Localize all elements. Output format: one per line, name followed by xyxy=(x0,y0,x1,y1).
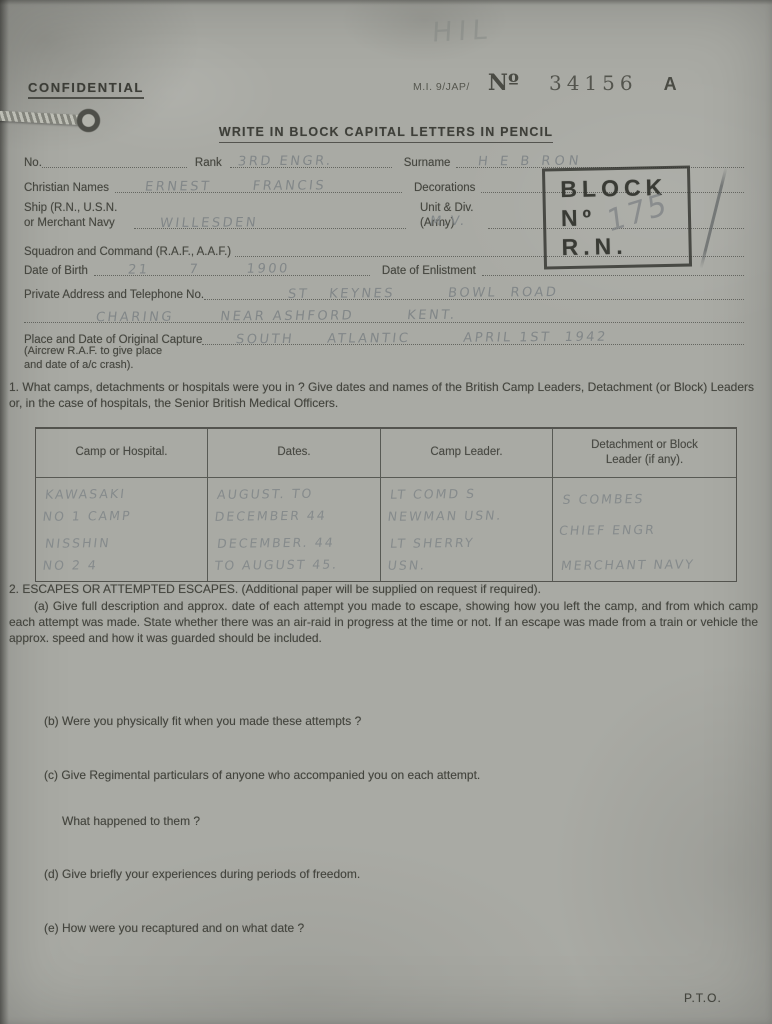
section-2-item-e: (e) How were you recaptured and on what … xyxy=(44,921,742,937)
section-2-item-c2: What happened to them ? xyxy=(62,814,742,830)
detachment-entry-2: MERCHANT NAVY xyxy=(560,553,730,577)
address-label: Private Address and Telephone No. xyxy=(24,289,204,301)
scan-edge-left xyxy=(0,0,9,1024)
decorations-label: Decorations xyxy=(414,182,475,194)
cell-dates: AUGUST. TO DECEMBER 44 DECEMBER. 44 TO A… xyxy=(208,478,381,581)
camp-entry-2: NISSHIN NO 2 4 xyxy=(41,531,201,576)
scanned-form-page: HIL CONFIDENTIAL M.I. 9/JAP/ Nº 34156 A … xyxy=(0,0,772,1024)
question-1-text: 1. What camps, detachments or hospitals … xyxy=(9,380,754,412)
capture-handwritten-value: SOUTH ATLANTIC APRIL 1ST 1942 xyxy=(235,330,609,348)
form-row-address: Private Address and Telephone No. ST KEY… xyxy=(24,285,744,301)
ship-label: Ship (R.N., U.S.N. or Merchant Navy xyxy=(24,201,130,230)
christian-names-handwritten-value: ERNEST FRANCIS xyxy=(144,178,327,194)
date-of-enlistment-label: Date of Enlistment xyxy=(382,265,476,277)
ship-field: WILLESDEN M.V. xyxy=(134,214,406,229)
section-2-item-c: (c) Give Regimental particulars of anyon… xyxy=(44,768,742,784)
dates-entry-1: AUGUST. TO DECEMBER 44 xyxy=(213,482,374,527)
rank-label: Rank xyxy=(195,157,222,169)
scan-edge-top xyxy=(0,0,772,5)
squadron-label: Squadron and Command (R.A.F., A.A.F.) xyxy=(24,246,231,258)
dates-entry-2: DECEMBER. 44 TO AUGUST 45. xyxy=(213,531,374,576)
date-of-birth-field: 21 7 1900 xyxy=(94,261,370,276)
surname-handwritten-value: H E B RON xyxy=(478,154,584,170)
instruction-text: WRITE IN BLOCK CAPITAL LETTERS IN PENCIL xyxy=(219,125,553,143)
block-number-stamp: BLOCK Nº R.N. 175 xyxy=(542,165,692,269)
date-of-birth-label: Date of Birth xyxy=(24,265,88,277)
camps-table-body-row: KAWASAKI NO 1 CAMP NISSHIN NO 2 4 AUGUST… xyxy=(36,478,736,581)
section-2-item-d: (d) Give briefly your experiences during… xyxy=(44,867,742,883)
confidential-label: CONFIDENTIAL xyxy=(28,80,144,99)
number-sign: Nº xyxy=(488,70,519,96)
header-camp-leader: Camp Leader. xyxy=(381,429,553,477)
christian-names-label: Christian Names xyxy=(24,182,109,194)
address-field-line1: ST KEYNES BOWL ROAD xyxy=(204,285,744,300)
address-handwritten-line2: CHARING NEAR ASHFORD KENT. xyxy=(95,308,458,326)
series-letter: A xyxy=(664,74,677,95)
rank-handwritten-value: 3RD ENGR. xyxy=(237,154,333,170)
surname-label: Surname xyxy=(404,157,451,169)
address-handwritten-line1: ST KEYNES BOWL ROAD xyxy=(287,285,559,302)
section-2-heading: 2. ESCAPES OR ATTEMPTED ESCAPES. (Additi… xyxy=(9,582,754,598)
leader-entry-2: LT SHERRY USN. xyxy=(386,531,546,576)
rank-field: 3RD ENGR. xyxy=(230,153,392,168)
camps-table-header-row: Camp or Hospital. Dates. Camp Leader. De… xyxy=(36,429,736,478)
header-dates: Dates. xyxy=(208,429,381,477)
address-field-line2: CHARING NEAR ASHFORD KENT. xyxy=(24,308,744,323)
no-label: No. xyxy=(24,157,42,169)
form-reference-block: M.I. 9/JAP/ Nº 34156 A xyxy=(413,70,677,96)
date-of-birth-handwritten-value: 21 7 1900 xyxy=(127,261,290,277)
capture-field: SOUTH ATLANTIC APRIL 1ST 1942 xyxy=(202,330,744,345)
header-detachment-leader: Detachment or Block Leader (if any). xyxy=(553,429,736,477)
cell-camp-or-hospital: KAWASAKI NO 1 CAMP NISSHIN NO 2 4 xyxy=(36,478,208,581)
form-ref-label: M.I. 9/JAP/ xyxy=(413,81,470,93)
camps-table: Camp or Hospital. Dates. Camp Leader. De… xyxy=(35,427,737,582)
pto-label: P.T.O. xyxy=(684,991,722,1005)
christian-names-field: ERNEST FRANCIS xyxy=(115,178,402,193)
cell-detachment-leader: S COMBES CHIEF ENGR MERCHANT NAVY xyxy=(553,478,736,581)
serial-number-stamp: 34156 xyxy=(549,71,638,95)
detachment-entry-1: S COMBES CHIEF ENGR xyxy=(557,482,731,546)
no-field xyxy=(42,153,187,168)
ship-handwritten-value: WILLESDEN M.V. xyxy=(159,214,468,231)
header-camp-or-hospital: Camp or Hospital. xyxy=(36,429,208,477)
instruction-heading: WRITE IN BLOCK CAPITAL LETTERS IN PENCIL xyxy=(0,123,772,141)
faint-pencil-mark: HIL xyxy=(431,14,494,48)
capture-note: (Aircrew R.A.F. to give place and date o… xyxy=(24,344,162,372)
camp-entry-1: KAWASAKI NO 1 CAMP xyxy=(41,482,201,527)
cell-camp-leader: LT COMD S NEWMAN USN. LT SHERRY USN. xyxy=(381,478,553,581)
section-2-item-a: (a) Give full description and approx. da… xyxy=(9,599,758,646)
surname-field: H E B RON xyxy=(456,153,744,168)
leader-entry-1: LT COMD S NEWMAN USN. xyxy=(386,482,546,527)
section-2-item-b: (b) Were you physically fit when you mad… xyxy=(44,714,742,730)
form-row-address2: CHARING NEAR ASHFORD KENT. xyxy=(24,308,744,324)
